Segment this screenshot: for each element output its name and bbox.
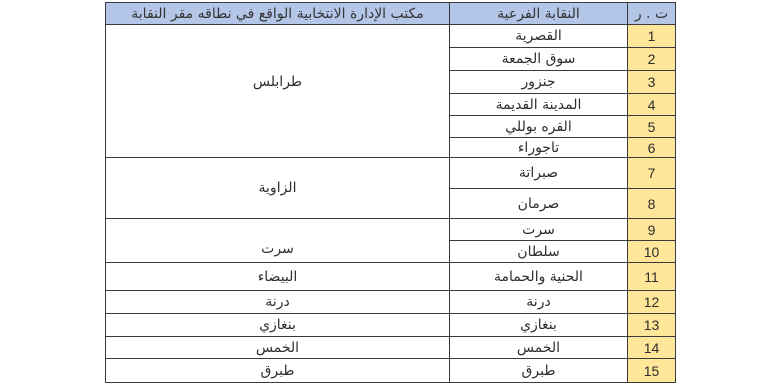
row-number: 7 [628,158,676,189]
table-row: 15 طبرق طبرق [106,359,676,383]
branch-name: سوق الجمعة [450,48,628,71]
office-name: سرت [106,219,450,263]
branch-name: القره بوللي [450,116,628,138]
header-office: مكتب الإدارة الانتخابية الواقع في نطاقه … [106,3,450,25]
row-number: 3 [628,71,676,94]
row-number: 14 [628,337,676,359]
syndicate-office-table: ت . ر النقابة الفرعية مكتب الإدارة الانت… [105,2,676,383]
office-name: بنغازي [106,314,450,337]
row-number: 5 [628,116,676,138]
branch-name: جنزور [450,71,628,94]
branch-name: سلطان [450,241,628,263]
table-row: 13 بنغازي بنغازي [106,314,676,337]
branch-name: صبراتة [450,158,628,189]
branch-name: درنة [450,291,628,314]
branch-name: تاجوراء [450,138,628,158]
branch-name: صرمان [450,189,628,219]
branch-name: المدينة القديمة [450,94,628,116]
office-name: درنة [106,291,450,314]
office-name: طرابلس [106,25,450,158]
branch-name: بنغازي [450,314,628,337]
row-number: 11 [628,263,676,291]
office-name: الزاوية [106,158,450,219]
row-number: 6 [628,138,676,158]
table-row: 1 القصرية طرابلس [106,25,676,48]
row-number: 8 [628,189,676,219]
office-name: طبرق [106,359,450,383]
header-number: ت . ر [628,3,676,25]
table-row: 9 سرت سرت [106,219,676,241]
branch-name: القصرية [450,25,628,48]
table-row: 14 الخمس الخمس [106,337,676,359]
row-number: 12 [628,291,676,314]
office-name: الخمس [106,337,450,359]
office-name: البيضاء [106,263,450,291]
row-number: 2 [628,48,676,71]
header-row: ت . ر النقابة الفرعية مكتب الإدارة الانت… [106,3,676,25]
row-number: 4 [628,94,676,116]
row-number: 10 [628,241,676,263]
table-row: 7 صبراتة الزاوية [106,158,676,189]
branch-name: طبرق [450,359,628,383]
row-number: 15 [628,359,676,383]
table-row: 12 درنة درنة [106,291,676,314]
branch-name: الخمس [450,337,628,359]
table-row: 11 الحنية والحمامة البيضاء [106,263,676,291]
row-number: 1 [628,25,676,48]
branch-name: سرت [450,219,628,241]
row-number: 13 [628,314,676,337]
branch-name: الحنية والحمامة [450,263,628,291]
row-number: 9 [628,219,676,241]
header-branch: النقابة الفرعية [450,3,628,25]
